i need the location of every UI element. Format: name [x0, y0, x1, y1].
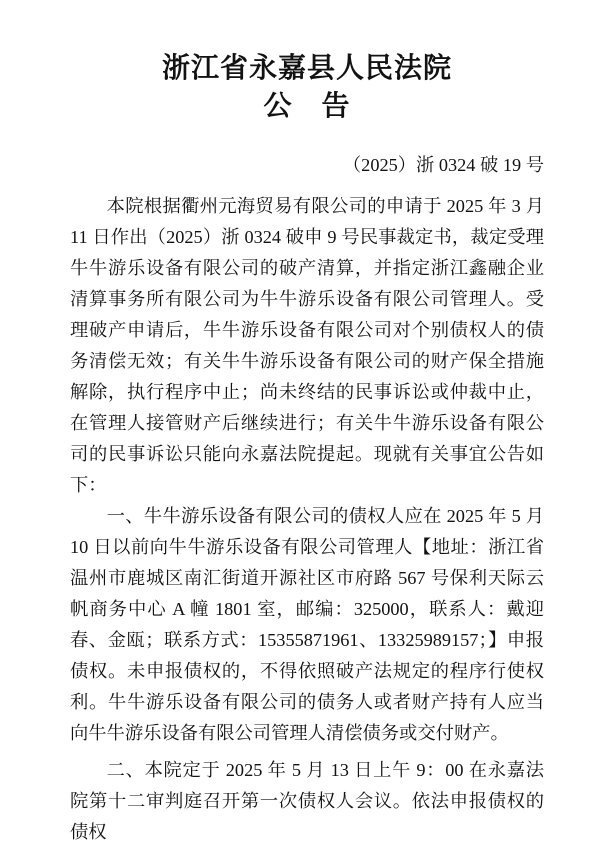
court-name-title: 浙江省永嘉县人民法院	[70, 50, 544, 88]
case-number: （2025）浙 0324 破 19 号	[70, 150, 544, 181]
notice-paragraph: 二、本院定于 2025 年 5 月 13 日上午 9：00 在永嘉法院第十二审判…	[70, 755, 544, 848]
notice-paragraph: 一、牛牛游乐设备有限公司的债权人应在 2025 年 5 月 10 日以前向牛牛游…	[70, 501, 544, 749]
notice-paragraph: 本院根据衢州元海贸易有限公司的申请于 2025 年 3 月 11 日作出（202…	[70, 191, 544, 501]
document-page: 浙江省永嘉县人民法院 公 告 （2025）浙 0324 破 19 号 本院根据衢…	[0, 0, 614, 861]
notice-title: 公 告	[70, 88, 544, 126]
